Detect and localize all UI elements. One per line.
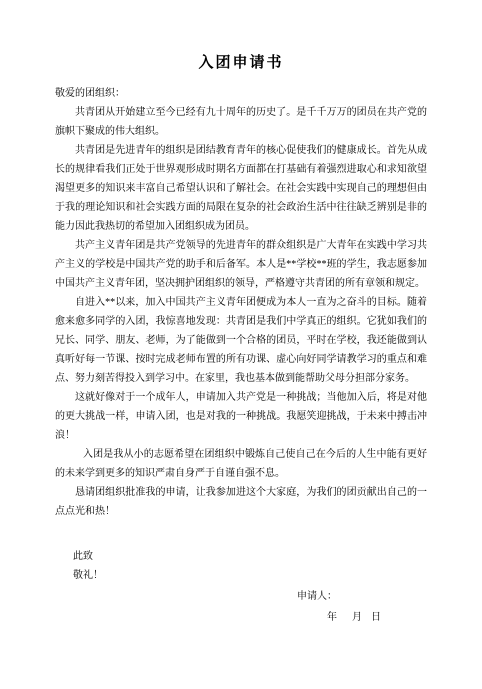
applicant-label: 申请人：: [55, 587, 427, 606]
paragraph: 入团是我从小的志愿希望在团组织中锻炼自己使自己在今后的人生中能有更好的未来学到更…: [55, 445, 427, 483]
paragraph: 自进入**以来，加入中国共产主义青年团便成为本人一直为之奋斗的目标。随着愈来愈多…: [55, 293, 427, 388]
date-month-label: 月: [352, 612, 362, 623]
paragraph: 这就好像对于一个成年人，申请加入共产党是一种挑战；当他加入后，将是对他的更大挑战…: [55, 388, 427, 445]
date-line: 年月日: [55, 608, 427, 627]
closing-block: 此致 敬礼！: [55, 547, 427, 585]
paragraph: 共青团是先进青年的组织是团结教育青年的核心促使我们的健康成长。首先从成长的规律看…: [55, 141, 427, 236]
date-year-label: 年: [327, 612, 337, 623]
paragraph: 恳请团组织批准我的申请，让我参加进这个大家庭，为我们的团贡献出自己的一点点光和热…: [55, 483, 427, 521]
date-day-label: 日: [371, 612, 381, 623]
document-page: 入团申请书 敬爱的团组织： 共青团从开始建立至今已经有九十周年的历史了。是千千万…: [0, 0, 482, 689]
closing-zhici: 此致: [55, 547, 427, 566]
paragraph: 共青团从开始建立至今已经有九十周年的历史了。是千千万万的团员在共产党的旗帜下聚成…: [55, 103, 427, 141]
document-title: 入团申请书: [55, 53, 427, 73]
paragraph: 共产主义青年团是共产党领导的先进青年的群众组织是广大青年在实践中学习共产主义的学…: [55, 236, 427, 293]
salutation: 敬爱的团组织：: [55, 84, 427, 103]
closing-jingli: 敬礼！: [55, 566, 427, 585]
